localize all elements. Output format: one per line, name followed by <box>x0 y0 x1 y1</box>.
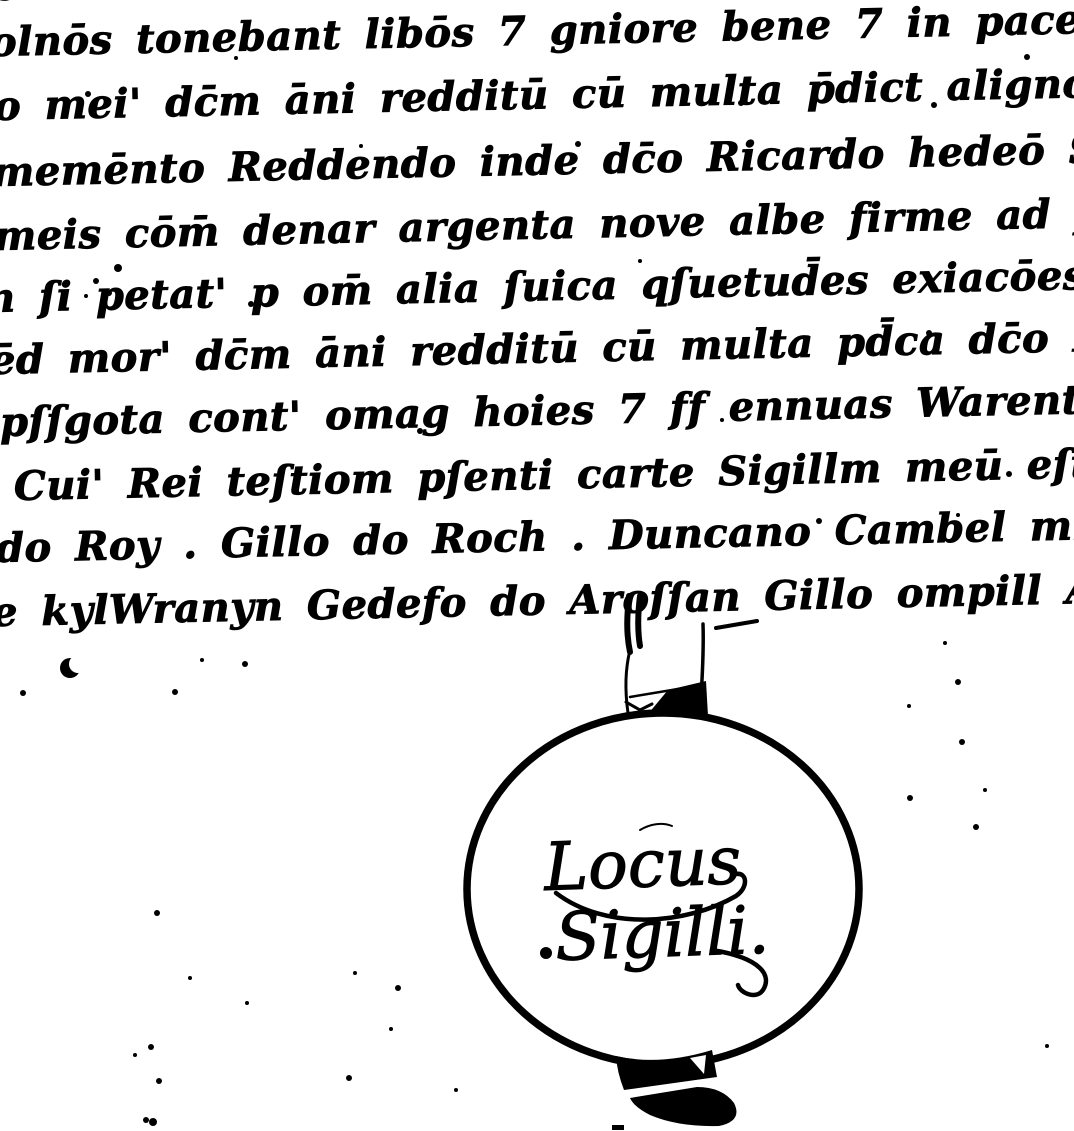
seal-drawing: Locus Sigilli. <box>0 0 1074 1131</box>
crescent-ink-mark <box>60 655 87 678</box>
manuscript-scan-page: t m e o a r i u n o e t m a s o r e n u … <box>0 0 1074 1131</box>
sigilli-leading-dot <box>540 947 552 959</box>
parchment-tag-bottom <box>612 1050 736 1130</box>
parchment-tag-top <box>626 596 757 716</box>
seal-word-sigilli: Sigilli. <box>554 892 771 976</box>
